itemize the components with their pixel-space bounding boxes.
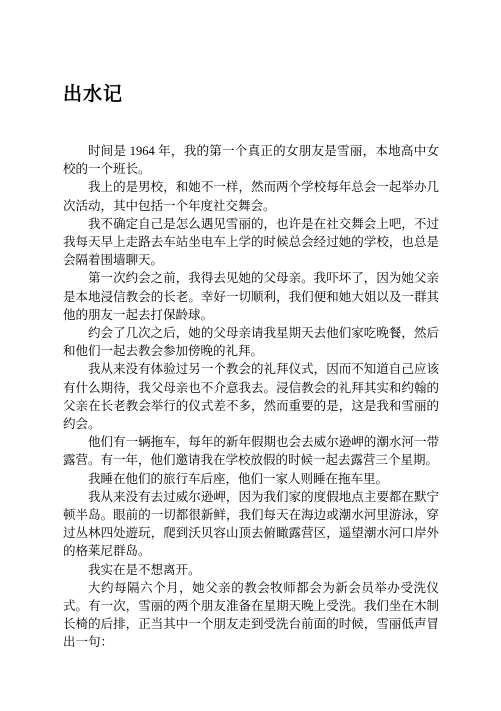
book-page: 出水记 时间是 1964 年，我的第一个真正的女朋友是雪丽，本地高中女校的一个班…	[0, 0, 501, 711]
paragraph-10: 我实在是不想离开。	[63, 561, 439, 579]
paragraph-2: 我上的是男校，和她不一样，然而两个学校每年总会一起举办几次活动，其中包括一个年度…	[63, 178, 439, 214]
paragraph-1: 时间是 1964 年，我的第一个真正的女朋友是雪丽，本地高中女校的一个班长。	[63, 142, 439, 178]
chapter-body: 时间是 1964 年，我的第一个真正的女朋友是雪丽，本地高中女校的一个班长。 我…	[63, 142, 439, 652]
paragraph-11: 大约每隔六个月，她父亲的教会牧师都会为新会员举办受洗仪式。有一次，雪丽的两个朋友…	[63, 579, 439, 652]
paragraph-3: 我不确定自己是怎么遇见雪丽的，也许是在社交舞会上吧，不过我每天早上走路去车站坐电…	[63, 215, 439, 270]
paragraph-7: 他们有一辆拖车，每年的新年假期也会去威尔逊岬的潮水河一带露营。有一年，他们邀请我…	[63, 433, 439, 469]
paragraph-4: 第一次约会之前，我得去见她的父母亲。我吓坏了，因为她父亲是本地浸信教会的长老。幸…	[63, 269, 439, 324]
paragraph-6: 我从来没有体验过另一个教会的礼拜仪式，因而不知道自己应该有什么期待，我父母亲也不…	[63, 360, 439, 433]
chapter-title: 出水记	[63, 84, 123, 106]
paragraph-8: 我睡在他们的旅行车后座，他们一家人则睡在拖车里。	[63, 470, 439, 488]
paragraph-9: 我从来没有去过威尔逊岬，因为我们家的度假地点主要都在默宁顿半岛。眼前的一切都很新…	[63, 488, 439, 561]
paragraph-5: 约会了几次之后，她的父母亲请我星期天去他们家吃晚餐，然后和他们一起去教会参加傍晚…	[63, 324, 439, 360]
